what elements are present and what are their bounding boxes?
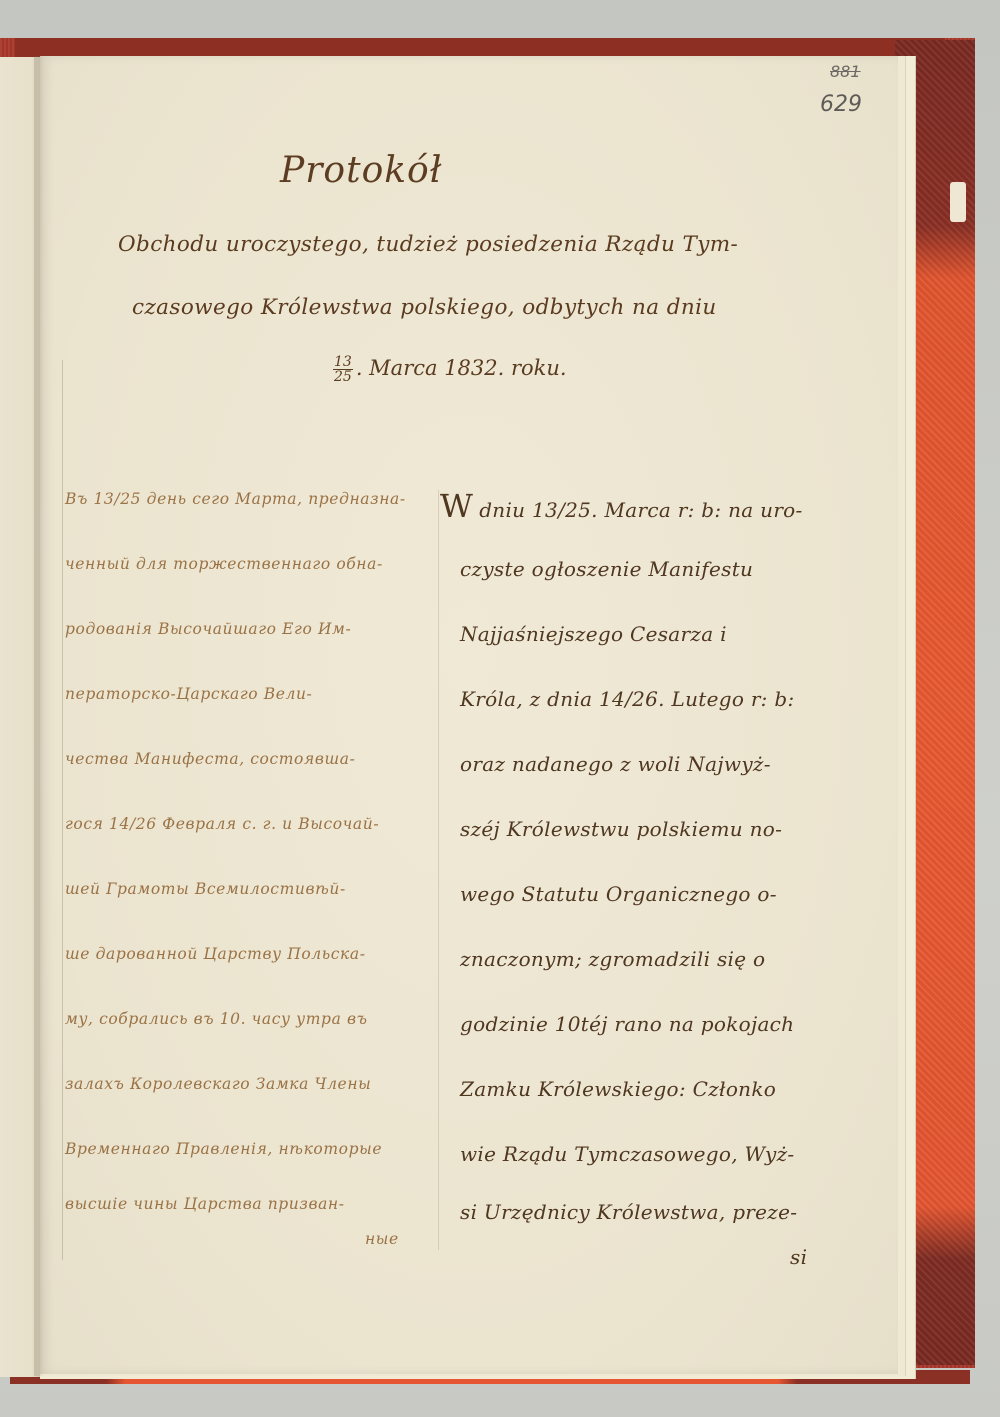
date-frac-bottom: 25 bbox=[333, 370, 353, 384]
russian-line: родованія Высочайшаго Его Им- bbox=[65, 620, 351, 638]
margin-rule bbox=[62, 360, 63, 1260]
polish-line: godzinie 10téj rano na pokojach bbox=[460, 1012, 794, 1036]
page-title: Protokół bbox=[280, 150, 442, 191]
subtitle-line-2: czasowego Królewstwa polskiego, odbytych… bbox=[132, 295, 717, 320]
russian-line: ше дарованной Царству Польска- bbox=[65, 945, 366, 963]
russian-line: чества Манифеста, состоявша- bbox=[65, 750, 355, 768]
drop-initial: W bbox=[440, 487, 473, 525]
date-fraction: 13 25 bbox=[333, 355, 353, 384]
russian-line: ные bbox=[365, 1230, 399, 1248]
date-line: 13 25 . Marca 1832. roku. bbox=[330, 355, 567, 384]
subtitle-line-1: Obchodu uroczystego, tudzież posiedzenia… bbox=[118, 232, 738, 257]
russian-line: му, собрались въ 10. часу утра въ bbox=[65, 1010, 368, 1028]
polish-line: széj Królewstwu polskiemu no- bbox=[460, 817, 782, 841]
russian-line: Въ 13/25 день сего Марта, предназна- bbox=[65, 490, 406, 508]
russian-line: ченный для торжественнаго обна- bbox=[65, 555, 383, 573]
polish-line: znaczonym; zgromadzili się o bbox=[460, 947, 765, 971]
russian-line: Временнаго Правленія, нѣкоторые bbox=[65, 1140, 382, 1158]
polish-line: Wdniu 13/25. Marca r: b: na uro- bbox=[440, 487, 803, 525]
polish-line: oraz nadanego z woli Najwyż- bbox=[460, 752, 771, 776]
gutter-shadow bbox=[34, 56, 44, 1376]
russian-line: ператорско-Царскаго Вели- bbox=[65, 685, 312, 703]
book-cover-top-edge bbox=[15, 38, 945, 58]
polish-line: si Urzędnicy Królewstwa, preze- bbox=[460, 1200, 797, 1224]
polish-line: Najjaśniejszego Cesarza i bbox=[460, 622, 727, 646]
polish-line: Zamku Królewskiego: Członko bbox=[460, 1077, 776, 1101]
polish-line: czyste ogłoszenie Manifestu bbox=[460, 557, 753, 581]
russian-line: залахъ Королевскаго Замка Члены bbox=[65, 1075, 371, 1093]
date-text: . Marca 1832. roku. bbox=[356, 356, 567, 380]
polish-line: wie Rządu Tymczasowego, Wyż- bbox=[460, 1142, 794, 1166]
polish-line: Króla, z dnia 14/26. Lutego r: b: bbox=[460, 687, 795, 711]
column-rule bbox=[438, 490, 439, 1250]
russian-line: гося 14/26 Февраля с. г. и Высочай- bbox=[65, 815, 379, 833]
folio-number: 629 bbox=[820, 92, 862, 117]
polish-line: si bbox=[790, 1245, 807, 1269]
paper-tab bbox=[950, 182, 966, 222]
russian-line: шей Грамоты Всемилостивѣй- bbox=[65, 880, 346, 898]
folio-number-old: 881 bbox=[830, 62, 861, 81]
polish-line: wego Statutu Organicznego o- bbox=[460, 882, 777, 906]
russian-line: высшіе чины Царства призван- bbox=[65, 1195, 345, 1213]
date-frac-top: 13 bbox=[333, 355, 353, 370]
